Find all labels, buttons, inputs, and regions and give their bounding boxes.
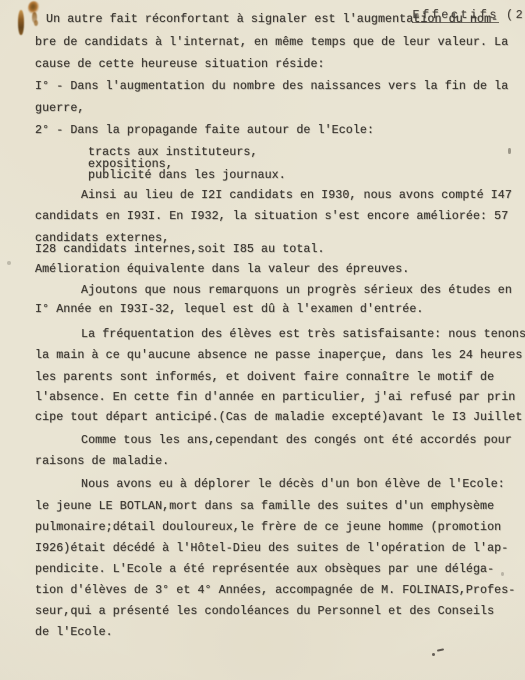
document-page: Effectifs(2) Un autre fait réconfortant … — [0, 0, 525, 680]
text-line: Ajoutons que nous remarquons un progrès … — [81, 284, 512, 296]
rust-stain-dot — [34, 20, 38, 26]
text-line: Amélioration équivalente dans la valeur … — [35, 263, 409, 275]
ink-smudge-dash — [437, 648, 444, 651]
text-line: les parents sont informés, et doivent fa… — [35, 371, 494, 383]
page-number: (2) — [506, 8, 525, 22]
text-line: Ainsi au lieu de I2I candidats en I930, … — [81, 189, 512, 201]
paper-speck — [508, 148, 511, 154]
text-line: I926)était décédé à l'Hôtel-Dieu des sui… — [35, 542, 508, 554]
paper-speck — [501, 572, 504, 576]
text-line: Comme tous les ans,cependant des congés … — [81, 434, 512, 446]
ink-smudge-dot — [432, 653, 435, 656]
text-line: La fréquentation des élèves est très sat… — [81, 328, 525, 340]
text-line: Un autre fait réconfortant à signaler es… — [46, 13, 498, 25]
text-line: I28 candidats internes,soit I85 au total… — [35, 243, 325, 255]
text-line: pendicite. L'Ecole a été représentée aux… — [35, 563, 494, 575]
text-line: Nous avons eu à déplorer le décès d'un b… — [81, 478, 505, 490]
text-line: tion d'élèves de 3° et 4° Années, accomp… — [35, 584, 515, 596]
rust-stain-drip — [18, 10, 24, 35]
text-line: bre de candidats à l'internat, en même t… — [35, 36, 508, 48]
paper-speck — [7, 261, 11, 265]
text-line: l'absence. En cette fin d'année en parti… — [35, 391, 515, 403]
text-line: le jeune LE BOTLAN,mort dans sa famille … — [35, 500, 494, 512]
text-line: seur,qui a présenté les condoléances du … — [35, 605, 494, 617]
text-line: 2° - Dans la propagande faite autour de … — [35, 124, 374, 136]
text-line: I° - Dans l'augmentation du nombre des n… — [35, 80, 508, 92]
rust-stain-tail — [32, 12, 37, 23]
text-line: cause de cette heureuse situation réside… — [35, 58, 325, 70]
text-line: guerre, — [35, 102, 84, 114]
text-line: pulmonaire;détail douloureux,le frère de… — [35, 521, 501, 533]
text-line: cipe tout départ anticipé.(Cas de maladi… — [35, 411, 522, 423]
text-line: de l'Ecole. — [35, 626, 113, 638]
text-line: I° Année en I93I-32, lequel est dû à l'e… — [35, 303, 424, 315]
text-line: la main à ce qu'aucune absence ne passe … — [35, 349, 522, 361]
text-line: publicité dans les journaux. — [88, 169, 286, 181]
text-line: raisons de maladie. — [35, 455, 169, 467]
text-line: candidats en I93I. En I932, la situation… — [35, 210, 508, 222]
rust-stain-blob — [27, 0, 40, 15]
